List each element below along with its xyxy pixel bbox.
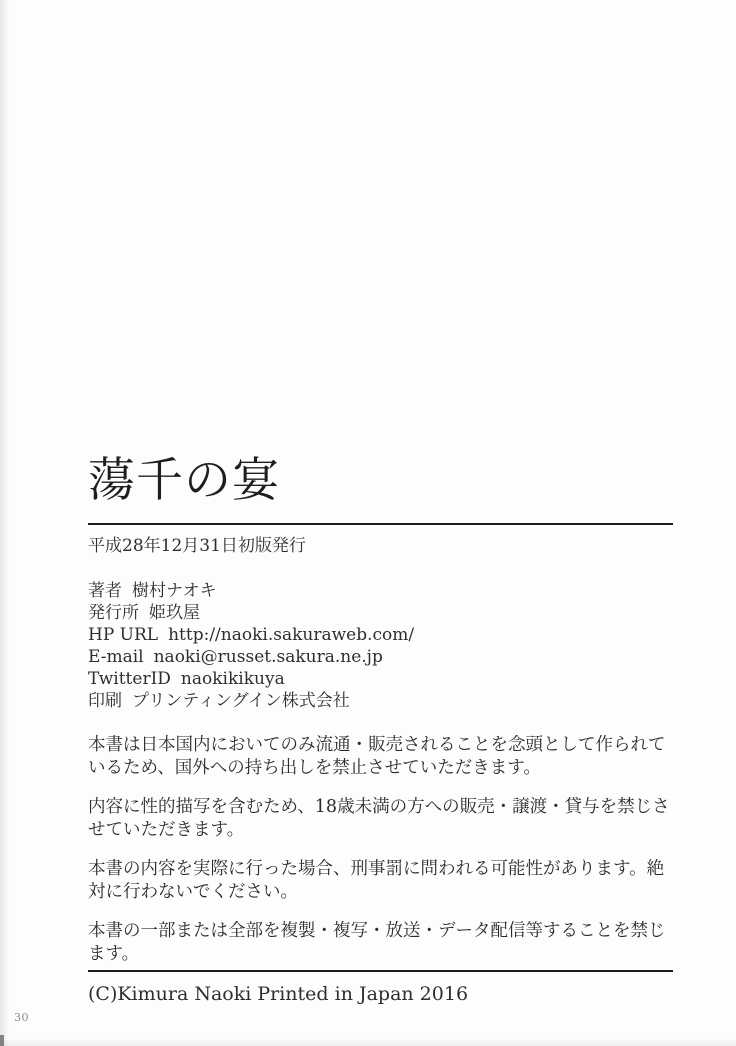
- info-label: 印刷: [88, 690, 122, 712]
- info-label: TwitterID: [88, 668, 171, 690]
- scan-edge-artifact-left: [0, 0, 9, 1046]
- title-divider: [88, 523, 673, 525]
- info-row-author: 著者 樹村ナオキ: [88, 580, 673, 602]
- copyright-line: (C)Kimura Naoki Printed in Japan 2016: [88, 982, 673, 1006]
- footer-divider: [88, 970, 673, 972]
- edition-date: 平成28年12月31日初版発行: [88, 536, 673, 557]
- info-value: 樹村ナオキ: [132, 580, 217, 602]
- notice-criminal-warning: 本書の内容を実際に行った場合、刑事罰に問われる可能性があります。絶対に行わないで…: [88, 858, 673, 904]
- info-value: http://naoki.sakuraweb.com/: [168, 624, 414, 646]
- book-title: 蕩千の宴: [88, 450, 673, 511]
- info-label: 発行所: [88, 602, 139, 624]
- notice-no-reproduction: 本書の一部または全部を複製・複写・放送・データ配信等することを禁じます。: [88, 920, 673, 966]
- notice-adult-content: 内容に性的描写を含むため、18歳未満の方への販売・譲渡・貸与を禁じさせていただき…: [88, 796, 673, 842]
- info-value: プリンティングイン株式会社: [132, 690, 350, 712]
- info-row-twitter-id: TwitterID naokikikuya: [88, 668, 673, 690]
- page-number: 30: [14, 1011, 29, 1024]
- scan-mark-bottom-left: [0, 1035, 4, 1046]
- notice-domestic-only: 本書は日本国内においてのみ流通・販売されることを念頭として作られているため、国外…: [88, 734, 673, 780]
- info-label: HP URL: [88, 624, 158, 646]
- publication-info: 著者 樹村ナオキ 発行所 姫玖屋 HP URL http://naoki.sak…: [88, 580, 673, 712]
- info-value: 姫玖屋: [149, 602, 200, 624]
- colophon-page: 蕩千の宴 平成28年12月31日初版発行 著者 樹村ナオキ 発行所 姫玖屋 HP…: [0, 0, 736, 1046]
- info-label: E-mail: [88, 646, 144, 668]
- info-row-printer: 印刷 プリンティングイン株式会社: [88, 690, 673, 712]
- info-value: naoki@russet.sakura.ne.jp: [154, 646, 383, 668]
- info-label: 著者: [88, 580, 122, 602]
- colophon-content: 蕩千の宴 平成28年12月31日初版発行 著者 樹村ナオキ 発行所 姫玖屋 HP…: [88, 0, 673, 1006]
- info-row-publisher: 発行所 姫玖屋: [88, 602, 673, 624]
- info-row-homepage-url: HP URL http://naoki.sakuraweb.com/: [88, 624, 673, 646]
- info-row-email: E-mail naoki@russet.sakura.ne.jp: [88, 646, 673, 668]
- info-value: naokikikuya: [181, 668, 285, 690]
- scan-shadow-bottom: [0, 1038, 736, 1046]
